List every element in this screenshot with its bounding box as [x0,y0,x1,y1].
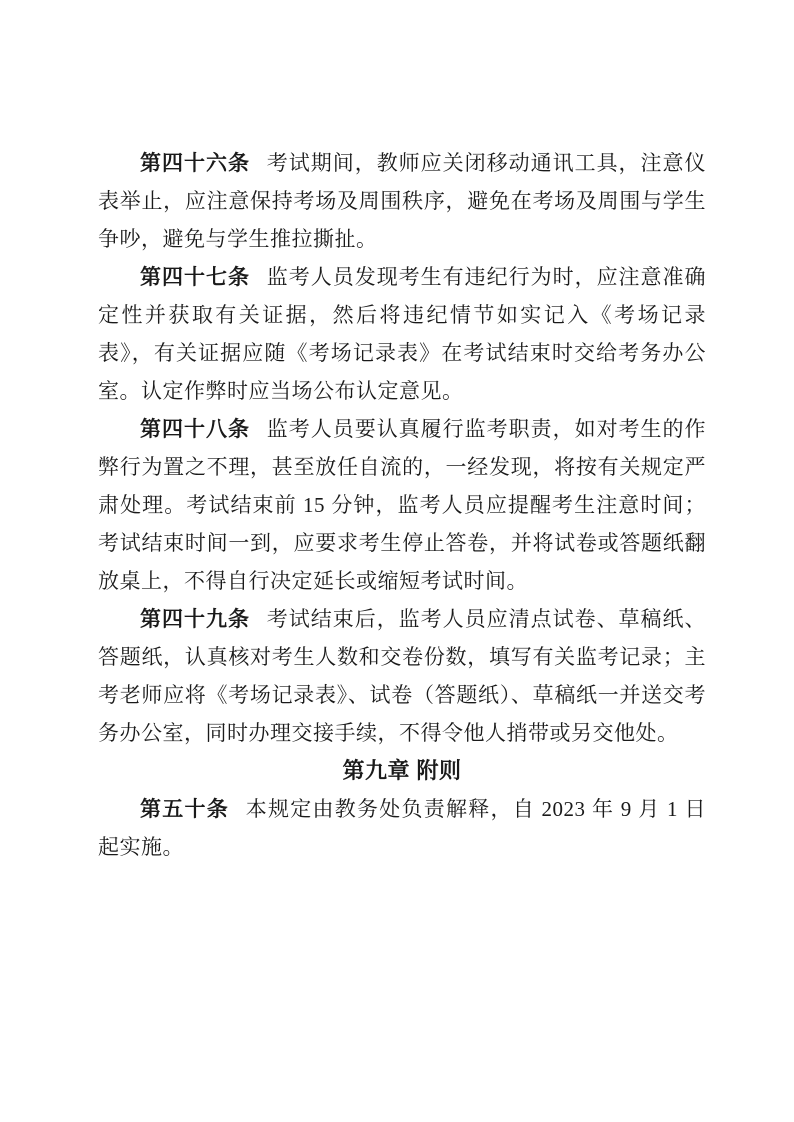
article-49-label: 第四十九条 [140,607,250,631]
article-49-paragraph: 第四十九条考试结束后，监考人员应清点试卷、草稿纸、答题纸，认真核对考生人数和交卷… [98,600,706,752]
article-48-paragraph: 第四十八条监考人员要认真履行监考职责，如对考生的作弊行为置之不理，甚至放任自流的… [98,410,706,600]
article-47-label: 第四十七条 [140,265,250,289]
document-page: 第四十六条考试期间，教师应关闭移动通讯工具，注意仪表举止，应注意保持考场及周围秩… [0,0,794,1122]
article-48-text: 监考人员要认真履行监考职责，如对考生的作弊行为置之不理，甚至放任自流的，一经发现… [98,417,706,593]
article-48-label: 第四十八条 [140,417,250,441]
article-50-paragraph: 第五十条本规定由教务处负责解释，自 2023 年 9 月 1 日起实施。 [98,790,706,866]
article-46-paragraph: 第四十六条考试期间，教师应关闭移动通讯工具，注意仪表举止，应注意保持考场及周围秩… [98,144,706,258]
article-50-label: 第五十条 [140,797,229,821]
article-46-label: 第四十六条 [140,151,250,175]
chapter-heading: 第九章 附则 [98,752,706,790]
article-47-paragraph: 第四十七条监考人员发现考生有违纪行为时，应注意准确定性并获取有关证据，然后将违纪… [98,258,706,410]
document-content: 第四十六条考试期间，教师应关闭移动通讯工具，注意仪表举止，应注意保持考场及周围秩… [98,144,706,866]
